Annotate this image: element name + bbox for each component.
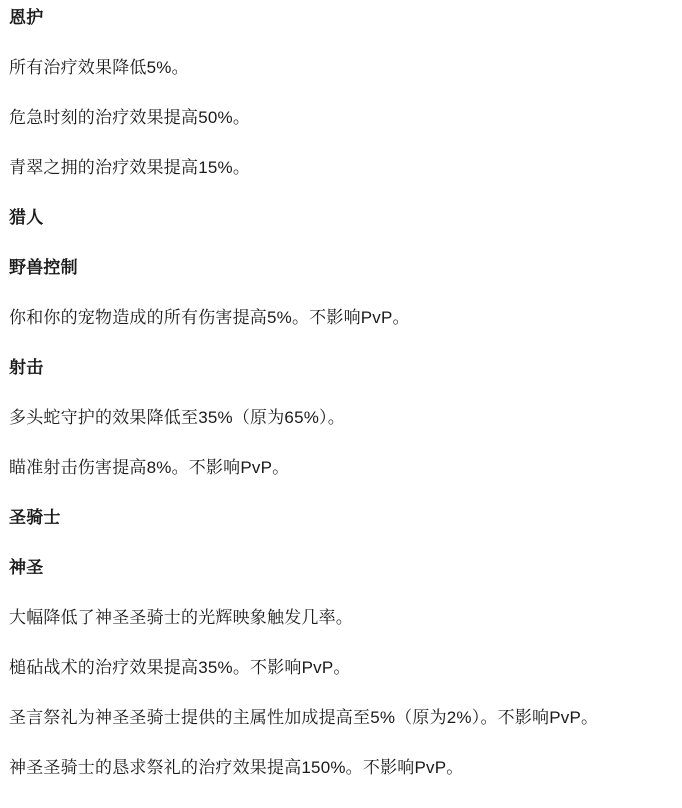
note-all-healing-reduced: 所有治疗效果降低5%。 (9, 58, 672, 78)
note-rite-of-sanctification: 圣言祭礼为神圣圣骑士提供的主属性加成提高至5%（原为2%）。不影响PvP。 (9, 708, 672, 728)
section-heading-hunter: 猎人 (9, 208, 672, 228)
note-aimed-shot: 瞄准射击伤害提高8%。不影响PvP。 (9, 458, 672, 478)
section-heading-holy: 神圣 (9, 558, 672, 578)
patch-notes-document: 恩护所有治疗效果降低5%。危急时刻的治疗效果提高50%。青翠之拥的治疗效果提高1… (0, 0, 682, 778)
section-heading-preservation: 恩护 (9, 8, 672, 28)
section-heading-beast-mastery: 野兽控制 (9, 258, 672, 278)
note-hammer-anvil: 槌砧战术的治疗效果提高35%。不影响PvP。 (9, 658, 672, 678)
note-hydras-ward: 多头蛇守护的效果降低至35%（原为65%）。 (9, 408, 672, 428)
note-glorious-image: 大幅降低了神圣圣骑士的光辉映象触发几率。 (9, 608, 672, 628)
section-heading-marksmanship: 射击 (9, 358, 672, 378)
note-verdant-embrace: 青翠之拥的治疗效果提高15%。 (9, 158, 672, 178)
note-time-dilation: 危急时刻的治疗效果提高50%。 (9, 108, 672, 128)
note-rite-of-adjuration: 神圣圣骑士的恳求祭礼的治疗效果提高150%。不影响PvP。 (9, 758, 672, 778)
note-pet-damage: 你和你的宠物造成的所有伤害提高5%。不影响PvP。 (9, 308, 672, 328)
section-heading-paladin: 圣骑士 (9, 508, 672, 528)
